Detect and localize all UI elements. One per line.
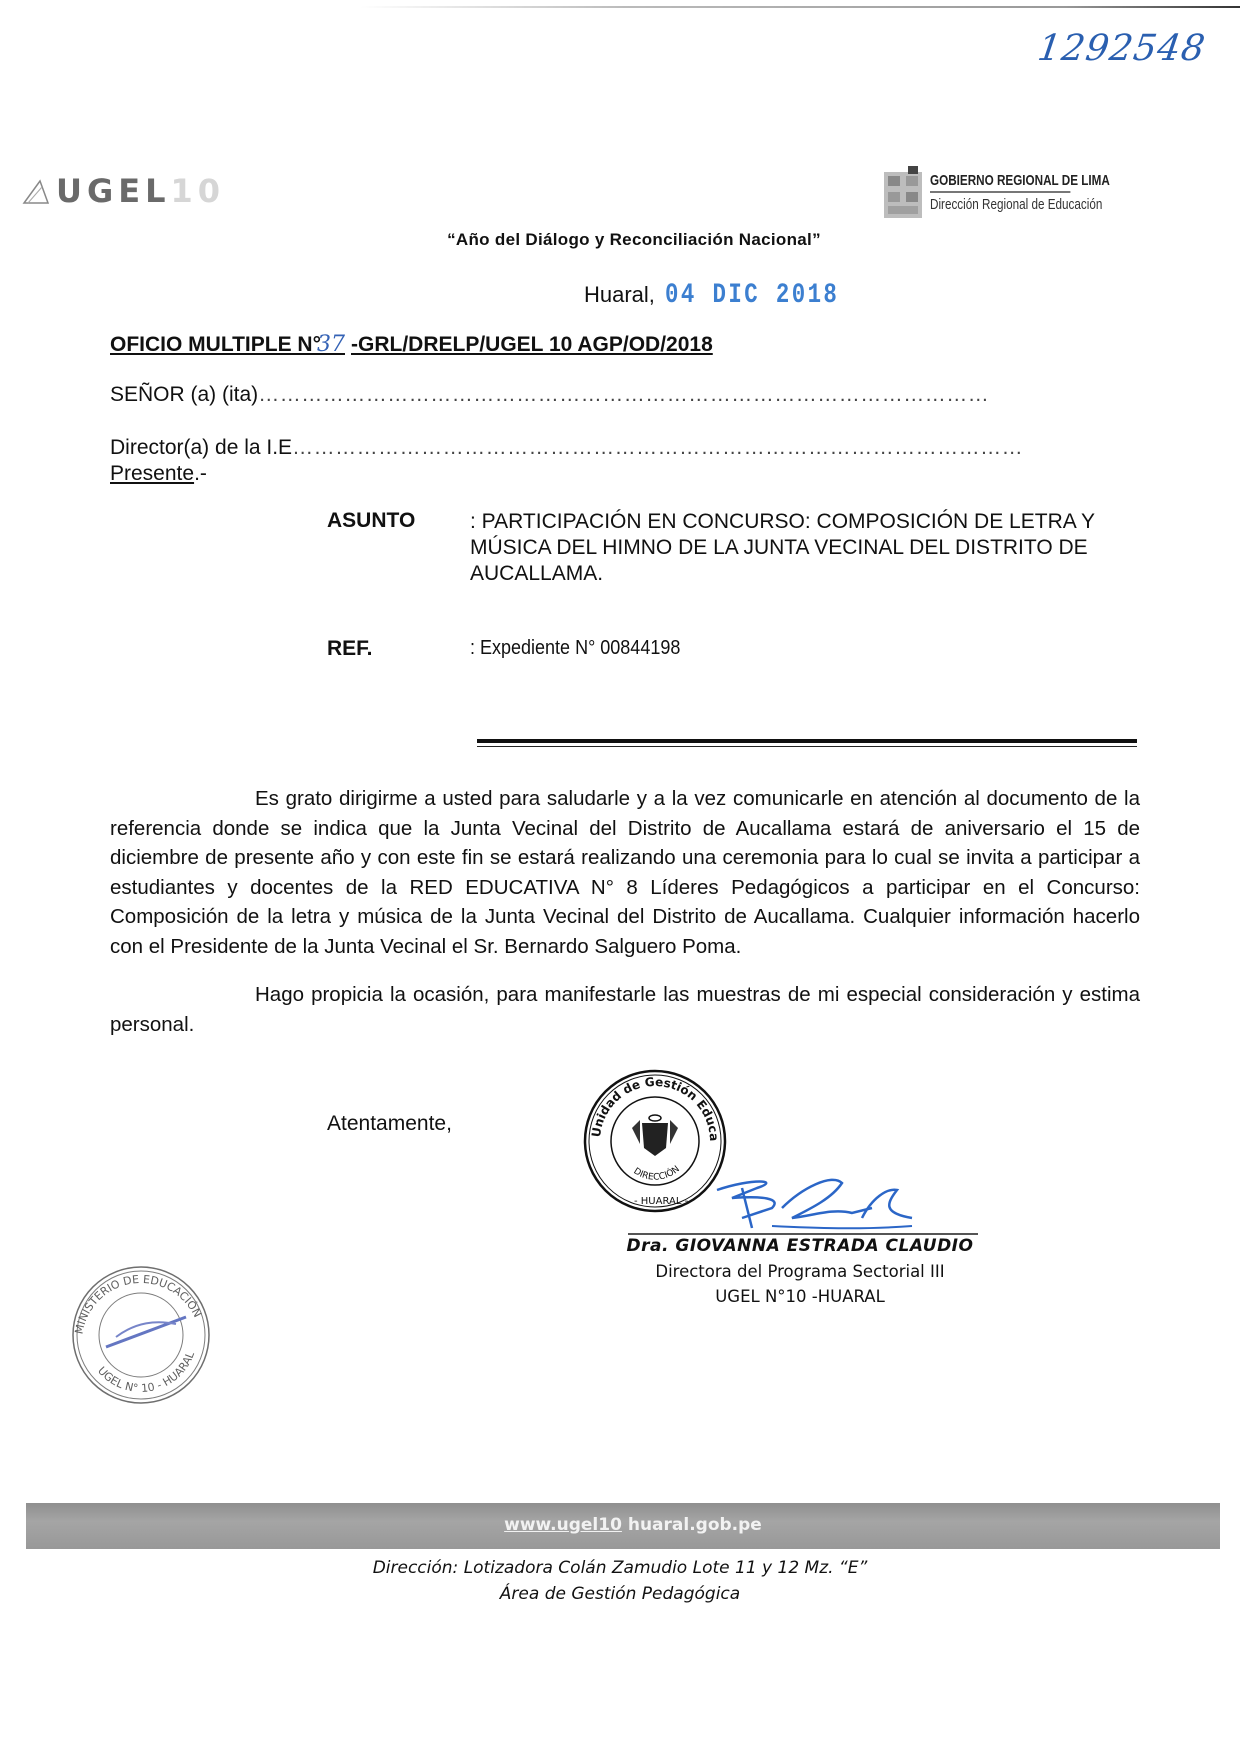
footer-url-part1: www.ugel10: [504, 1515, 622, 1535]
addressee-director: Director(a) de la I.E……………………………………………………: [110, 436, 1023, 460]
director-fill-line: …………………………………………………………………………………………: [292, 436, 1023, 459]
oficio-prefix: OFICIO MULTIPLE N°: [110, 333, 321, 357]
footer-address: Dirección: Lotizadora Colán Zamudio Lote…: [0, 1558, 1240, 1578]
oficio-handwritten-number: 37: [317, 332, 345, 357]
oficio-reference: OFICIO MULTIPLE N° 37 -GRL/DRELP/UGEL 10…: [110, 332, 713, 357]
presente: Presente.-: [110, 462, 207, 486]
stamp-bottom-text: - HUARAL -: [634, 1196, 689, 1207]
footer-website-link[interactable]: www.ugel10 huaral.gob.pe: [0, 1515, 1240, 1535]
asunto-label: ASUNTO: [327, 509, 415, 533]
svg-text:UGEL N° 10 - HUARAL: UGEL N° 10 - HUARAL: [95, 1349, 197, 1395]
signer-org: UGEL N°10 -HUARAL: [600, 1287, 1000, 1306]
date-line: Huaral, 04 DIC 2018: [584, 280, 883, 311]
reception-stamp-icon: MINISTERIO DE EDUCACIÓN UGEL N° 10 - HUA…: [66, 1262, 216, 1408]
ugel-logo-text: UGEL: [56, 172, 171, 210]
footer-area: Área de Gestión Pedagógica: [0, 1584, 1240, 1604]
handwritten-registry-number: 1292548: [1035, 28, 1208, 69]
year-motto: “Año del Diálogo y Reconciliación Nacion…: [0, 230, 1240, 250]
ugel-mark-icon: [22, 177, 52, 205]
footer-url-part2: huaral.gob.pe: [622, 1515, 762, 1535]
secondary-stamp-bottom-text: UGEL N° 10 - HUARAL: [95, 1349, 197, 1395]
ugel-logo: UGEL 10: [22, 172, 225, 210]
oficio-suffix: -GRL/DRELP/UGEL 10 AGP/OD/2018: [351, 333, 713, 357]
ref-label: REF.: [327, 637, 373, 661]
ugel-logo-number: 10: [171, 172, 226, 210]
signer-name: Dra. GIOVANNA ESTRADA CLAUDIO: [600, 1236, 1000, 1256]
senor-label: SEÑOR (a) (ita): [110, 383, 258, 406]
asunto-text: : PARTICIPACIÓN EN CONCURSO: COMPOSICIÓN…: [470, 509, 1150, 587]
date-place: Huaral,: [584, 282, 655, 308]
ref-text: : Expediente N° 00844198: [470, 637, 680, 660]
scan-edge-line: [360, 6, 1240, 8]
regional-logo-subtitle: Dirección Regional de Educación: [930, 196, 1102, 213]
body-paragraph-2: Hago propicia la ocasión, para manifesta…: [110, 980, 1140, 1039]
presente-suffix: .-: [194, 462, 207, 485]
signer-role: Directora del Programa Sectorial III: [600, 1262, 1000, 1281]
official-stamp-icon: Unidad de Gestión Educativa Local N° 10 …: [582, 1068, 728, 1214]
signature-line: [628, 1233, 978, 1235]
body-paragraph-1: Es grato dirigirme a usted para saludarl…: [110, 784, 1140, 961]
body-paragraph-text: Hago propicia la ocasión, para manifesta…: [110, 980, 1140, 1039]
body-paragraph-text: Es grato dirigirme a usted para saludarl…: [110, 784, 1140, 961]
presente-label: Presente: [110, 462, 194, 485]
separator-thick: [477, 739, 1137, 743]
date-stamp: 04 DIC 2018: [665, 280, 839, 311]
director-label: Director(a) de la I.E: [110, 436, 292, 459]
regional-emblem-icon: [884, 166, 922, 218]
senor-fill-line: …………………………………………………………………………………………: [258, 383, 989, 406]
closing: Atentamente,: [327, 1112, 452, 1136]
addressee-senor: SEÑOR (a) (ita)……………………………………………………………………: [110, 383, 989, 407]
regional-government-logo: GOBIERNO REGIONAL DE LIMA Dirección Regi…: [884, 166, 1151, 218]
separator-thin: [477, 746, 1137, 747]
regional-logo-title: GOBIERNO REGIONAL DE LIMA: [930, 172, 1070, 193]
signature-icon: [712, 1168, 922, 1238]
